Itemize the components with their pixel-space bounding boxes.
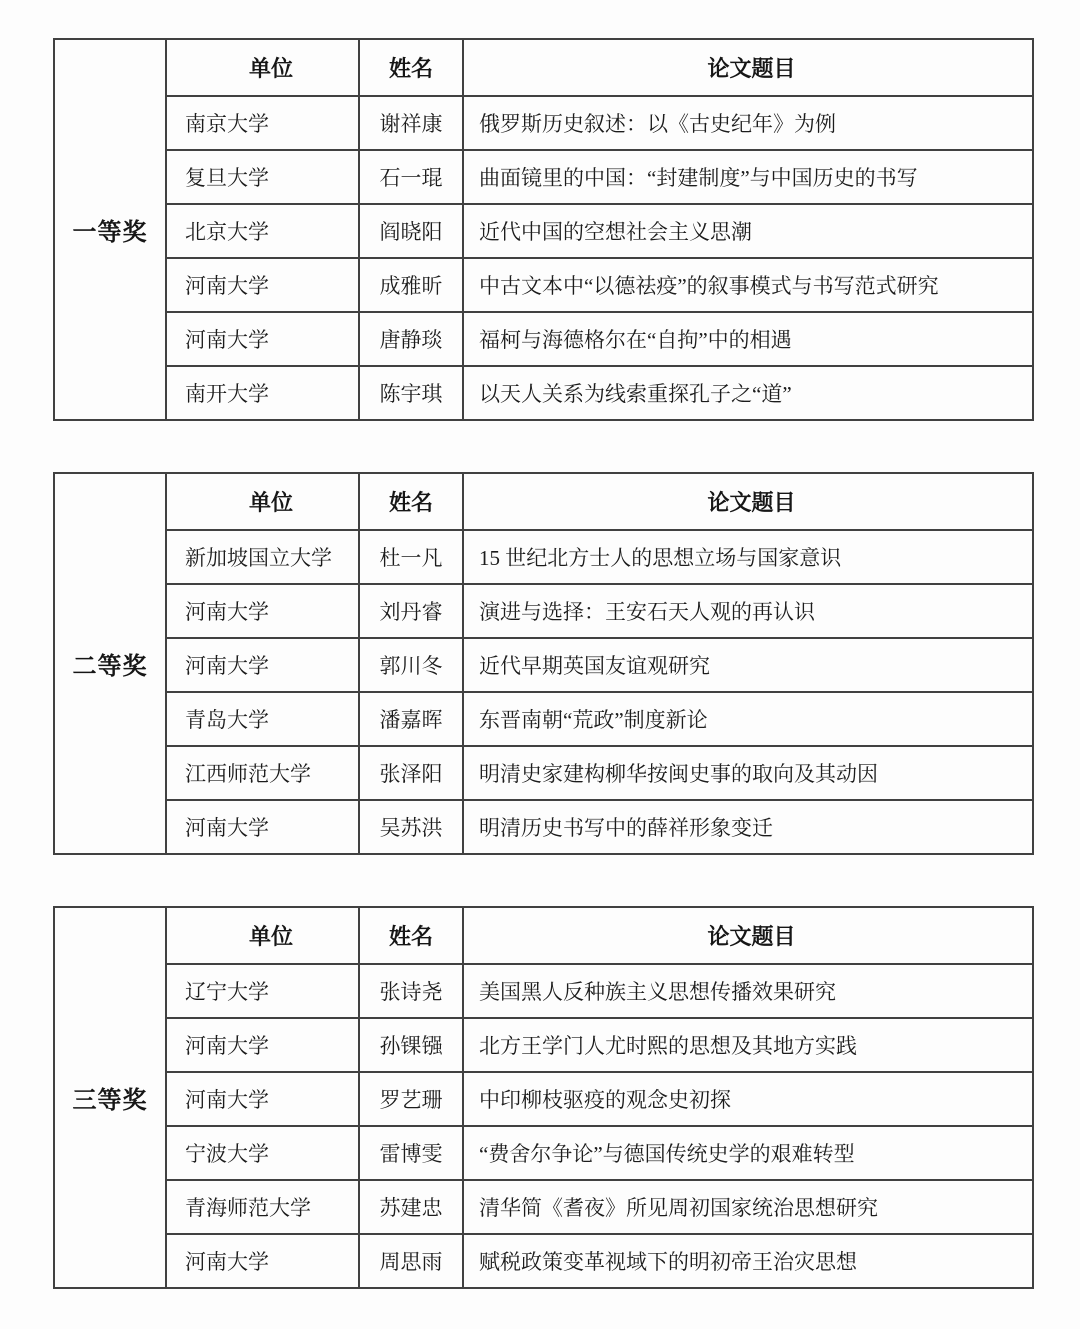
unit-cell: 河南大学 xyxy=(166,1234,359,1288)
unit-cell: 河南大学 xyxy=(166,584,359,638)
table-row: 新加坡国立大学杜一凡15 世纪北方士人的思想立场与国家意识 xyxy=(54,530,1033,584)
unit-cell: 河南大学 xyxy=(166,1018,359,1072)
table-header-row: 三等奖 单位 姓名 论文题目 xyxy=(54,907,1033,964)
table-row: 河南大学刘丹睿演进与选择：王安石天人观的再认识 xyxy=(54,584,1033,638)
table-row: 北京大学阎晓阳近代中国的空想社会主义思潮 xyxy=(54,204,1033,258)
name-cell: 阎晓阳 xyxy=(359,204,463,258)
table-row: 河南大学吴苏洪明清历史书写中的薛祥形象变迁 xyxy=(54,800,1033,854)
column-header-name: 姓名 xyxy=(359,39,463,96)
paper-title-cell: 中古文本中“以德祛疫”的叙事模式与书写范式研究 xyxy=(463,258,1033,312)
column-header-title: 论文题目 xyxy=(463,39,1033,96)
table-row: 青岛大学潘嘉晖东晋南朝“荒政”制度新论 xyxy=(54,692,1033,746)
column-header-title: 论文题目 xyxy=(463,907,1033,964)
paper-title-cell: 赋税政策变革视域下的明初帝王治灾思想 xyxy=(463,1234,1033,1288)
unit-cell: 新加坡国立大学 xyxy=(166,530,359,584)
column-header-name: 姓名 xyxy=(359,473,463,530)
awards-document: 一等奖 单位 姓名 论文题目 南京大学谢祥康俄罗斯历史叙述：以《古史纪年》为例复… xyxy=(0,0,1080,1289)
paper-title-cell: 俄罗斯历史叙述：以《古史纪年》为例 xyxy=(463,96,1033,150)
paper-title-cell: “费舍尔争论”与德国传统史学的艰难转型 xyxy=(463,1126,1033,1180)
table-row: 河南大学郭川冬近代早期英国友谊观研究 xyxy=(54,638,1033,692)
table-row: 江西师范大学张泽阳明清史家建构柳华按闽史事的取向及其动因 xyxy=(54,746,1033,800)
table-row: 复旦大学石一琨曲面镜里的中国：“封建制度”与中国历史的书写 xyxy=(54,150,1033,204)
prize-label-first: 一等奖 xyxy=(54,39,166,420)
paper-title-cell: 清华简《耆夜》所见周初国家统治思想研究 xyxy=(463,1180,1033,1234)
name-cell: 孙锞镪 xyxy=(359,1018,463,1072)
unit-cell: 河南大学 xyxy=(166,638,359,692)
paper-title-cell: 演进与选择：王安石天人观的再认识 xyxy=(463,584,1033,638)
name-cell: 刘丹睿 xyxy=(359,584,463,638)
name-cell: 吴苏洪 xyxy=(359,800,463,854)
name-cell: 杜一凡 xyxy=(359,530,463,584)
paper-title-cell: 以天人关系为线索重探孔子之“道” xyxy=(463,366,1033,420)
column-header-unit: 单位 xyxy=(166,907,359,964)
name-cell: 唐静琰 xyxy=(359,312,463,366)
table-row: 南开大学陈宇琪以天人关系为线索重探孔子之“道” xyxy=(54,366,1033,420)
table-header-row: 二等奖 单位 姓名 论文题目 xyxy=(54,473,1033,530)
table-row: 南京大学谢祥康俄罗斯历史叙述：以《古史纪年》为例 xyxy=(54,96,1033,150)
name-cell: 陈宇琪 xyxy=(359,366,463,420)
paper-title-cell: 中印柳枝驱疫的观念史初探 xyxy=(463,1072,1033,1126)
name-cell: 石一琨 xyxy=(359,150,463,204)
paper-title-cell: 美国黑人反种族主义思想传播效果研究 xyxy=(463,964,1033,1018)
first-prize-table: 一等奖 单位 姓名 论文题目 南京大学谢祥康俄罗斯历史叙述：以《古史纪年》为例复… xyxy=(53,38,1034,421)
unit-cell: 河南大学 xyxy=(166,312,359,366)
unit-cell: 辽宁大学 xyxy=(166,964,359,1018)
unit-cell: 青岛大学 xyxy=(166,692,359,746)
table-row: 河南大学孙锞镪北方王学门人尤时熙的思想及其地方实践 xyxy=(54,1018,1033,1072)
prize-label-second: 二等奖 xyxy=(54,473,166,854)
column-header-unit: 单位 xyxy=(166,39,359,96)
column-header-title: 论文题目 xyxy=(463,473,1033,530)
unit-cell: 复旦大学 xyxy=(166,150,359,204)
table-row: 宁波大学雷博雯“费舍尔争论”与德国传统史学的艰难转型 xyxy=(54,1126,1033,1180)
name-cell: 郭川冬 xyxy=(359,638,463,692)
paper-title-cell: 明清历史书写中的薛祥形象变迁 xyxy=(463,800,1033,854)
name-cell: 潘嘉晖 xyxy=(359,692,463,746)
second-prize-table: 二等奖 单位 姓名 论文题目 新加坡国立大学杜一凡15 世纪北方士人的思想立场与… xyxy=(53,472,1034,855)
table-row: 河南大学唐静琰福柯与海德格尔在“自拘”中的相遇 xyxy=(54,312,1033,366)
third-prize-table: 三等奖 单位 姓名 论文题目 辽宁大学张诗尧美国黑人反种族主义思想传播效果研究河… xyxy=(53,906,1034,1289)
paper-title-cell: 北方王学门人尤时熙的思想及其地方实践 xyxy=(463,1018,1033,1072)
paper-title-cell: 曲面镜里的中国：“封建制度”与中国历史的书写 xyxy=(463,150,1033,204)
unit-cell: 河南大学 xyxy=(166,258,359,312)
name-cell: 张泽阳 xyxy=(359,746,463,800)
unit-cell: 北京大学 xyxy=(166,204,359,258)
table-row: 河南大学周思雨赋税政策变革视域下的明初帝王治灾思想 xyxy=(54,1234,1033,1288)
paper-title-cell: 近代早期英国友谊观研究 xyxy=(463,638,1033,692)
table-row: 河南大学罗艺珊中印柳枝驱疫的观念史初探 xyxy=(54,1072,1033,1126)
unit-cell: 青海师范大学 xyxy=(166,1180,359,1234)
name-cell: 谢祥康 xyxy=(359,96,463,150)
unit-cell: 河南大学 xyxy=(166,1072,359,1126)
unit-cell: 宁波大学 xyxy=(166,1126,359,1180)
name-cell: 苏建忠 xyxy=(359,1180,463,1234)
name-cell: 成雅昕 xyxy=(359,258,463,312)
name-cell: 罗艺珊 xyxy=(359,1072,463,1126)
unit-cell: 南开大学 xyxy=(166,366,359,420)
unit-cell: 河南大学 xyxy=(166,800,359,854)
paper-title-cell: 明清史家建构柳华按闽史事的取向及其动因 xyxy=(463,746,1033,800)
table-header-row: 一等奖 单位 姓名 论文题目 xyxy=(54,39,1033,96)
unit-cell: 江西师范大学 xyxy=(166,746,359,800)
paper-title-cell: 东晋南朝“荒政”制度新论 xyxy=(463,692,1033,746)
paper-title-cell: 15 世纪北方士人的思想立场与国家意识 xyxy=(463,530,1033,584)
table-row: 河南大学成雅昕中古文本中“以德祛疫”的叙事模式与书写范式研究 xyxy=(54,258,1033,312)
paper-title-cell: 福柯与海德格尔在“自拘”中的相遇 xyxy=(463,312,1033,366)
unit-cell: 南京大学 xyxy=(166,96,359,150)
paper-title-cell: 近代中国的空想社会主义思潮 xyxy=(463,204,1033,258)
prize-label-third: 三等奖 xyxy=(54,907,166,1288)
name-cell: 周思雨 xyxy=(359,1234,463,1288)
table-row: 辽宁大学张诗尧美国黑人反种族主义思想传播效果研究 xyxy=(54,964,1033,1018)
column-header-name: 姓名 xyxy=(359,907,463,964)
table-row: 青海师范大学苏建忠清华简《耆夜》所见周初国家统治思想研究 xyxy=(54,1180,1033,1234)
name-cell: 张诗尧 xyxy=(359,964,463,1018)
name-cell: 雷博雯 xyxy=(359,1126,463,1180)
column-header-unit: 单位 xyxy=(166,473,359,530)
